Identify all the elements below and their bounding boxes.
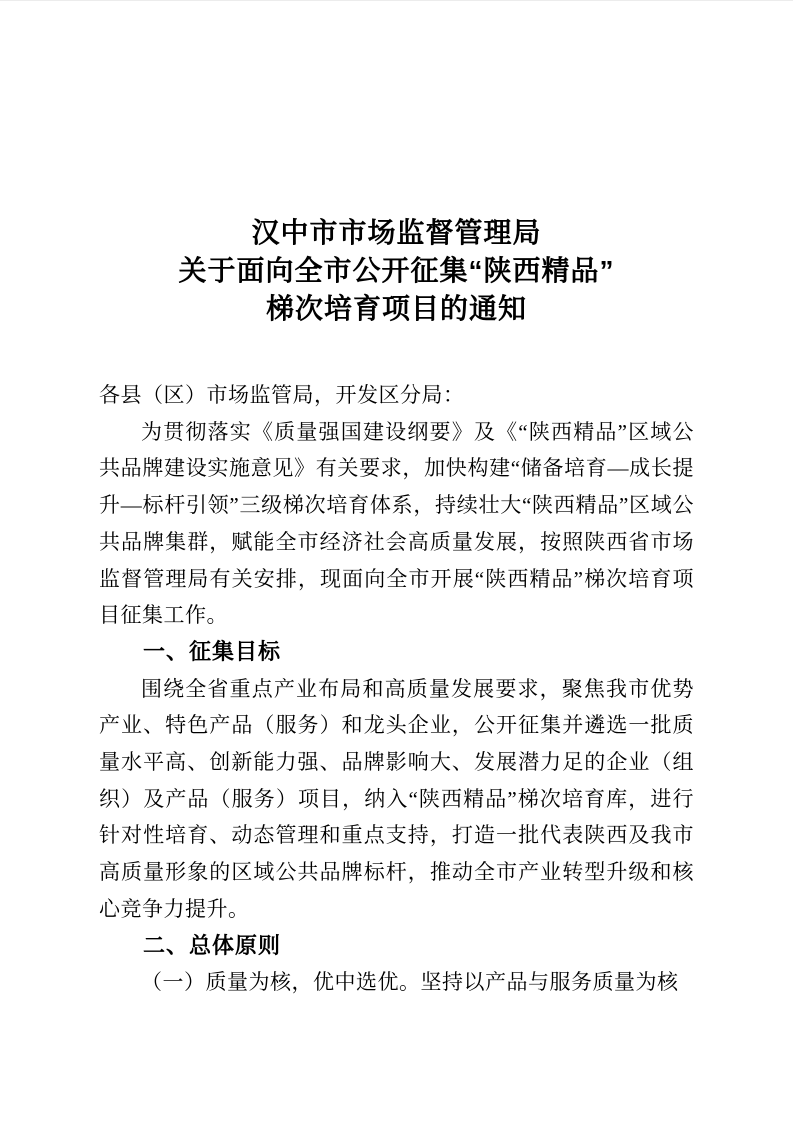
title-line-3: 梯次培育项目的通知: [0, 290, 793, 328]
document-body: 各县（区）市场监管局，开发区分局： 为贯彻落实《质量强国建设纲要》及《“陕西精品…: [99, 377, 694, 1001]
section-1-paragraph: 围绕全省重点产业布局和高质量发展要求，聚焦我市优势产业、特色产品（服务）和龙头企…: [99, 671, 694, 928]
document-page: 汉中市市场监督管理局 关于面向全市公开征集“陕西精品” 梯次培育项目的通知 各县…: [0, 0, 793, 1122]
salutation-line: 各县（区）市场监管局，开发区分局：: [99, 377, 694, 414]
title-line-2: 关于面向全市公开征集“陕西精品”: [0, 252, 793, 290]
section-1-heading: 一、征集目标: [99, 634, 694, 671]
document-title: 汉中市市场监督管理局 关于面向全市公开征集“陕西精品” 梯次培育项目的通知: [0, 1, 793, 328]
section-2-paragraph: （一）质量为核，优中选优。坚持以产品与服务质量为核: [99, 964, 694, 1001]
section-2-heading: 二、总体原则: [99, 928, 694, 965]
title-line-1: 汉中市市场监督管理局: [0, 214, 793, 252]
intro-paragraph: 为贯彻落实《质量强国建设纲要》及《“陕西精品”区域公共品牌建设实施意见》有关要求…: [99, 414, 694, 634]
